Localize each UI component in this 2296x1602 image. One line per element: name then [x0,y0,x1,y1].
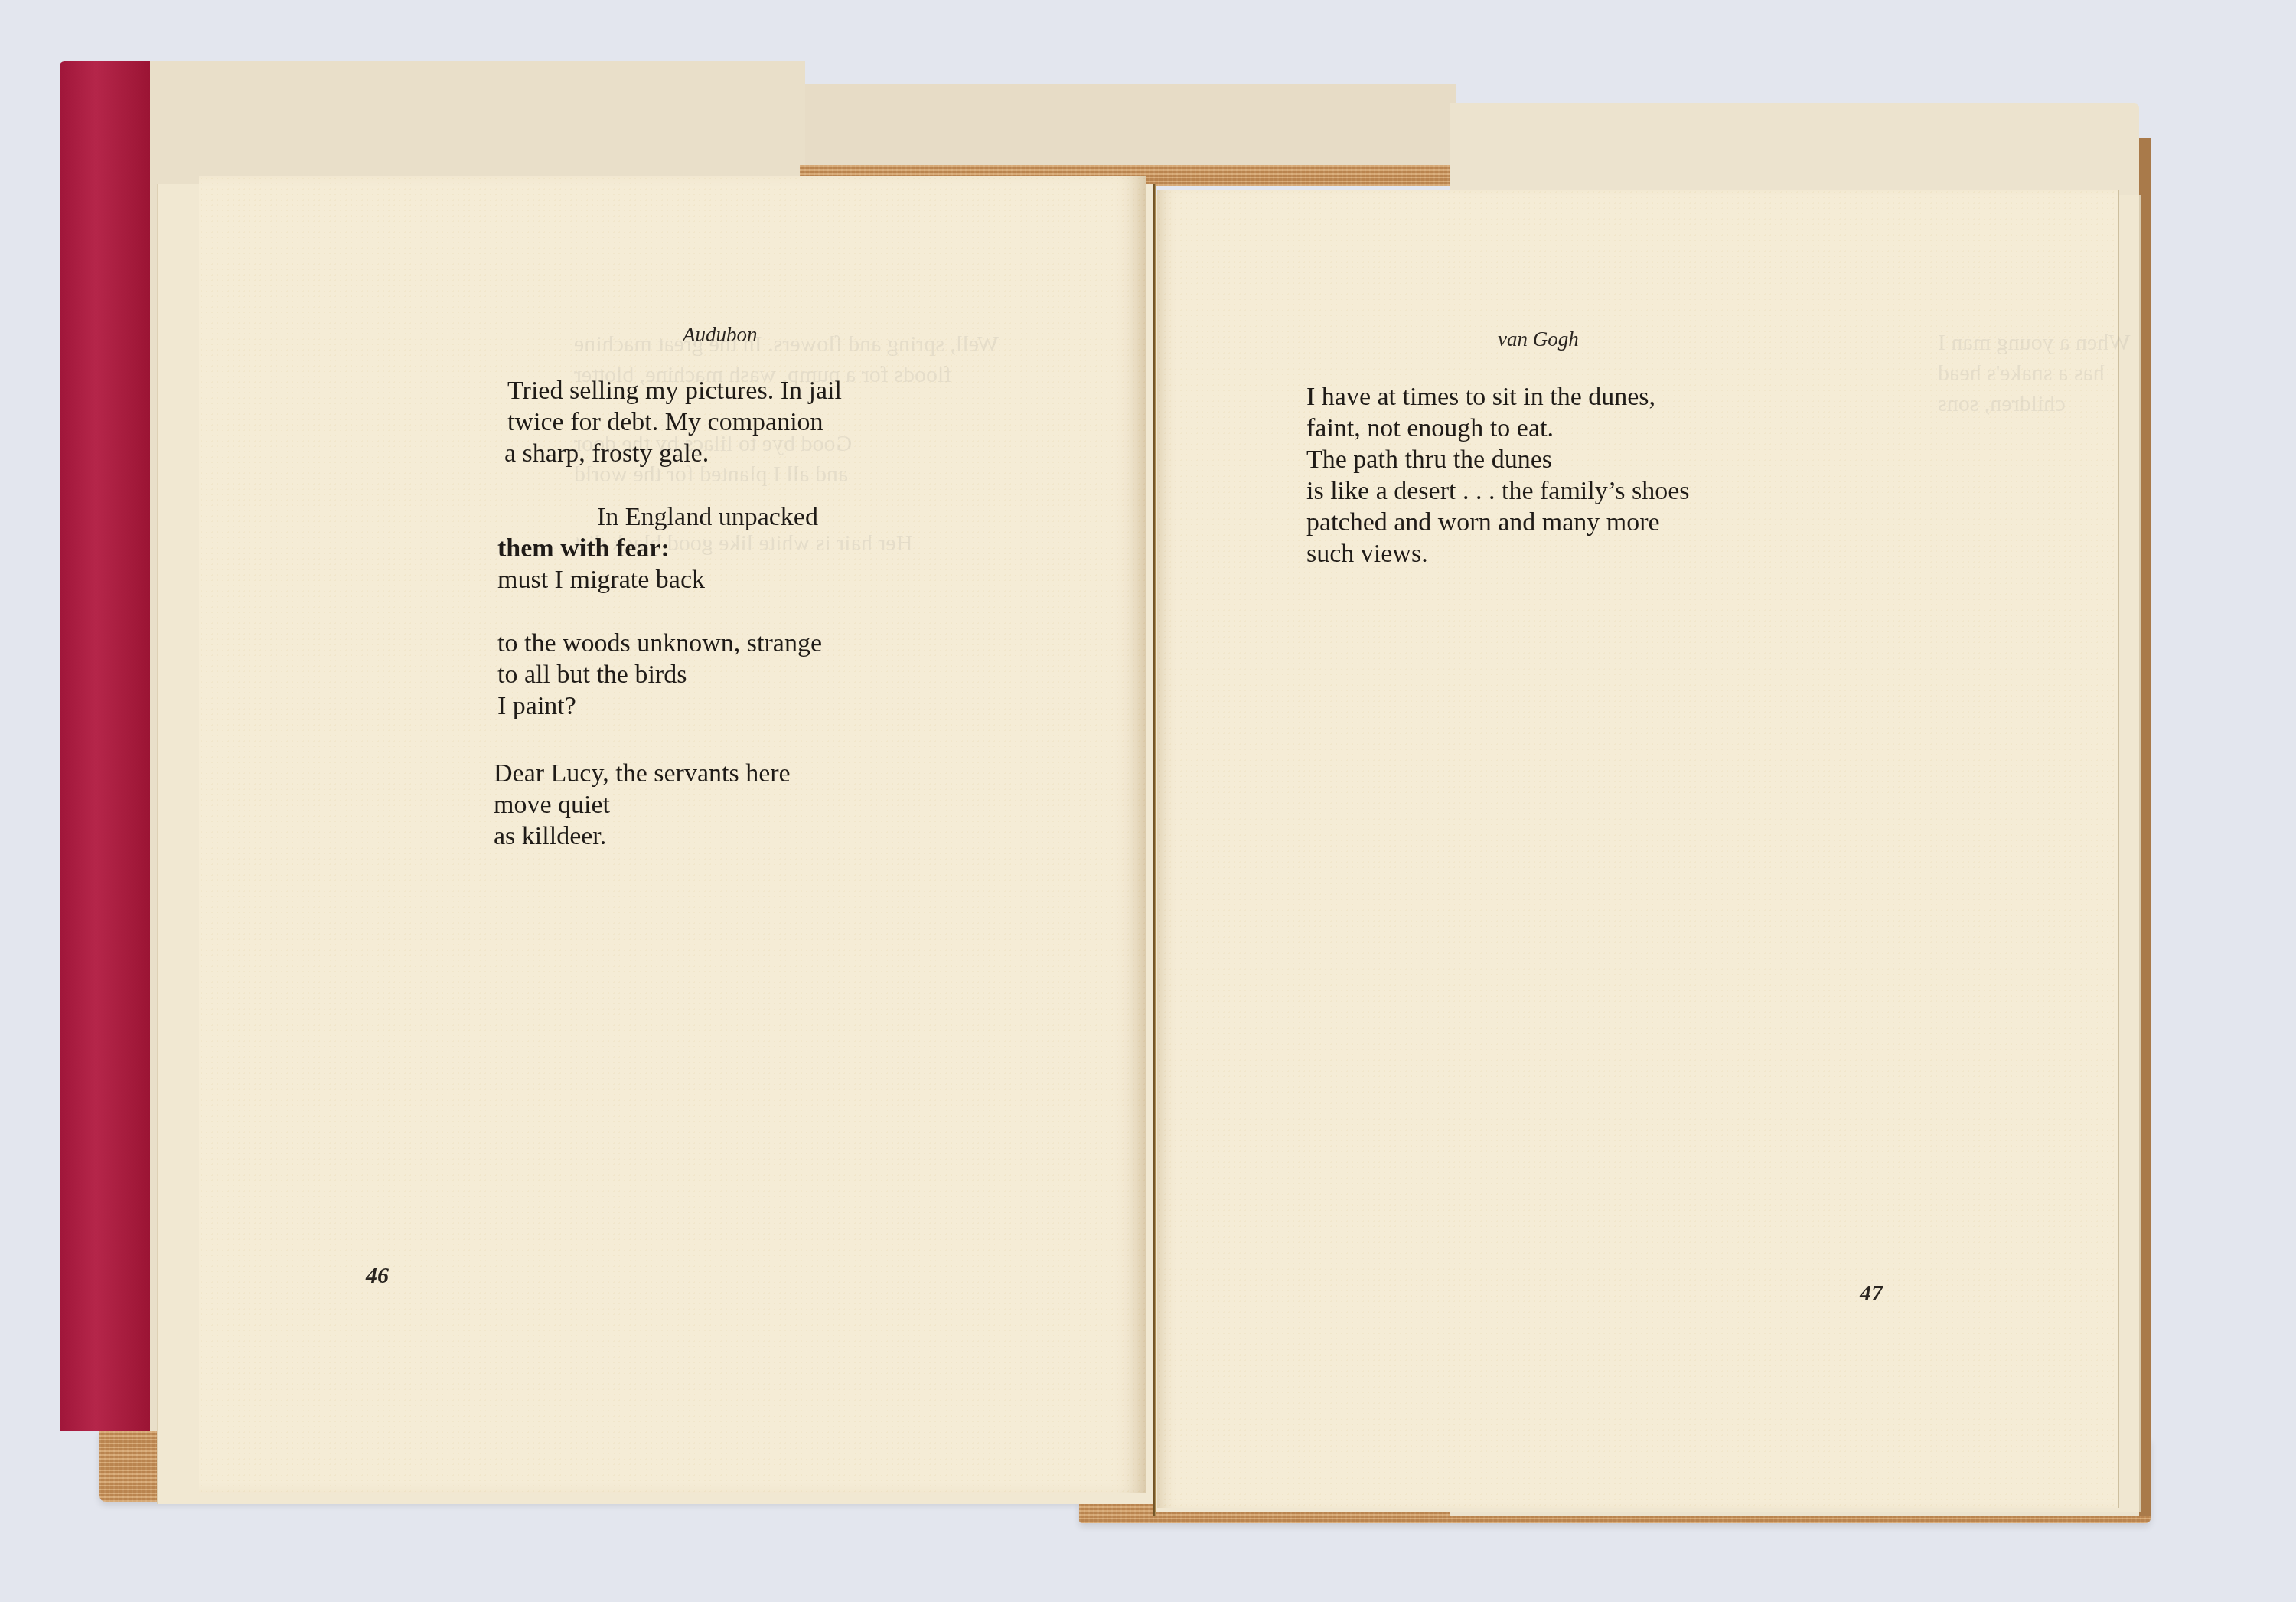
show-through-text: children, sons [1938,389,2066,419]
right-page[interactable]: When a young man I has a snake's head ch… [1157,190,2119,1508]
poem-body: I have at times to sit in the dunes, fai… [1306,381,1689,569]
poem-stanza-4: Dear Lucy, the servants here move quiet … [494,758,791,852]
book-gutter [1153,184,1156,1516]
poem-line: twice for debt. My companion [507,406,842,438]
page-number: 46 [366,1263,389,1289]
endpaper-middle [805,84,1456,176]
poem-line: Tried selling my pictures. In jail [507,375,842,406]
page-number: 47 [1860,1281,1883,1307]
poem-line: a sharp, frosty gale. [504,438,842,469]
poem-line: In England unpacked [597,501,818,533]
poem-title: van Gogh [1498,328,1579,351]
poem-line: to the woods unknown, strange [497,628,822,659]
poem-line: patched and worn and many more [1306,507,1689,538]
show-through-text: When a young man I [1938,328,2131,358]
poem-stanza-3: to the woods unknown, strange to all but… [497,628,822,722]
poem-line: to all but the birds [497,659,822,690]
poem-line: I have at times to sit in the dunes, [1306,381,1689,413]
poem-line: Dear Lucy, the servants here [494,758,791,789]
poem-line: such views. [1306,538,1689,569]
poem-line: The path thru the dunes [1306,444,1689,475]
poem-line: I paint? [497,690,822,722]
poem-stanza-2: In England unpacked them with fear: must… [497,501,818,595]
left-page[interactable]: Well, spring and flowers. In the great m… [199,176,1146,1493]
poem-line: is like a desert . . . the family’s shoe… [1306,475,1689,507]
poem-line: must I migrate back [497,564,818,595]
poem-line: move quiet [494,789,791,821]
poem-line: as killdeer. [494,821,791,852]
poem-line: them with fear: [497,533,818,564]
show-through-text: Well, spring and flowers. In the great m… [574,329,999,360]
poem-line: faint, not enough to eat. [1306,413,1689,444]
poem-stanza-1: Tried selling my pictures. In jail twice… [501,375,842,469]
show-through-text: has a snake's head [1938,358,2105,389]
red-book-spine [60,61,150,1431]
poem-title: Audubon [683,323,758,347]
